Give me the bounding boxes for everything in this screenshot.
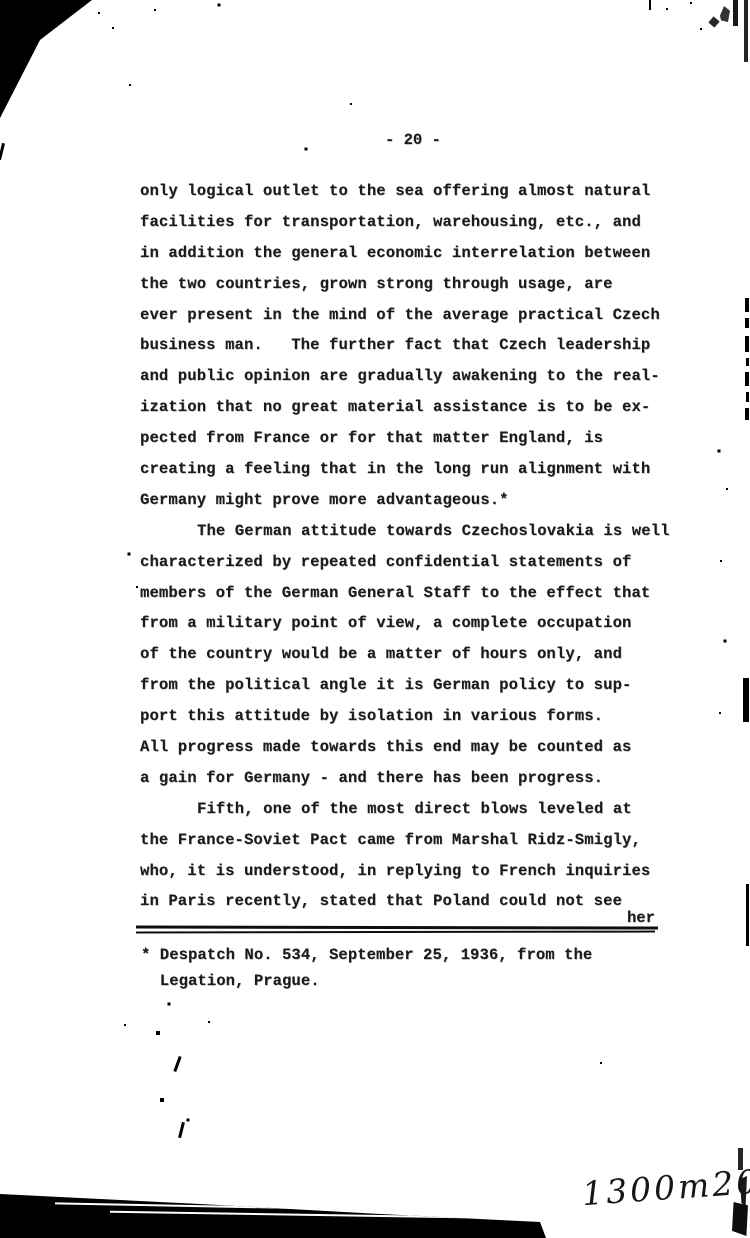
scan-bottom-bar (0, 1190, 560, 1238)
text-line: from the political angle it is German po… (140, 670, 680, 701)
page-number: - 20 - (385, 131, 441, 149)
text-line: * Despatch No. 534, September 25, 1936, … (141, 943, 592, 969)
text-line: ever present in the mind of the average … (140, 300, 680, 331)
text-line: the two countries, grown strong through … (140, 269, 680, 300)
text-line: and public opinion are gradually awakeni… (140, 361, 680, 392)
footnote-rule (136, 931, 655, 934)
text-line: pected from France or for that matter En… (140, 423, 680, 454)
scanned-document-page: - 20 - only logical outlet to the sea of… (0, 0, 750, 1238)
scan-edge-dash (745, 336, 749, 352)
text-line: in Paris recently, stated that Poland co… (140, 886, 680, 917)
scan-edge-dash (746, 392, 749, 402)
scan-tick (649, 0, 651, 10)
scan-edge-mark (0, 143, 5, 160)
footnote: * Despatch No. 534, September 25, 1936, … (141, 943, 592, 994)
footnote-rule (136, 925, 658, 929)
scan-edge-dash (745, 318, 749, 328)
text-line: a gain for Germany - and there has been … (140, 763, 680, 794)
text-line: All progress made towards this end may b… (140, 732, 680, 763)
text-line: ization that no great material assistanc… (140, 392, 680, 423)
scan-smudge (732, 1202, 748, 1236)
scan-smudge (708, 16, 719, 27)
text-line: The German attitude towards Czechoslovak… (140, 516, 680, 547)
text-line: in addition the general economic interre… (140, 238, 680, 269)
scan-bar-slit (110, 1211, 530, 1220)
text-line: Legation, Prague. (141, 969, 592, 995)
text-line: characterized by repeated confidential s… (140, 547, 680, 578)
text-line: Fifth, one of the most direct blows leve… (140, 794, 680, 825)
scan-pen-mark (178, 1122, 185, 1138)
scan-edge-dash (745, 372, 749, 386)
catchword: her (627, 909, 655, 927)
handwritten-annotation: 1300m20 (581, 1162, 750, 1213)
scan-pen-mark (173, 1056, 181, 1072)
scan-edge-line (744, 0, 748, 62)
scan-smudge (720, 6, 730, 22)
scan-edge-dash (745, 408, 749, 420)
text-line: creating a feeling that in the long run … (140, 454, 680, 485)
text-line: members of the German General Staff to t… (140, 578, 680, 609)
text-line: port this attitude by isolation in vario… (140, 701, 680, 732)
scan-edge-dash (746, 358, 749, 366)
scan-edge-dash (745, 298, 749, 312)
scan-edge-line (746, 884, 749, 946)
scan-corner-wedge (0, 0, 95, 120)
text-line: business man. The further fact that Czec… (140, 330, 680, 361)
scan-edge-dash (743, 678, 749, 722)
body-text: only logical outlet to the sea offering … (140, 176, 680, 917)
scan-specks (0, 0, 2, 2)
text-line: from a military point of view, a complet… (140, 608, 680, 639)
text-line: facilities for transportation, warehousi… (140, 207, 680, 238)
text-line: of the country would be a matter of hour… (140, 639, 680, 670)
text-line: the France-Soviet Pact came from Marshal… (140, 825, 680, 856)
text-line: Germany might prove more advantageous.* (140, 485, 680, 516)
text-line: only logical outlet to the sea offering … (140, 176, 680, 207)
text-line: who, it is understood, in replying to Fr… (140, 856, 680, 887)
scan-smudge (733, 0, 738, 26)
